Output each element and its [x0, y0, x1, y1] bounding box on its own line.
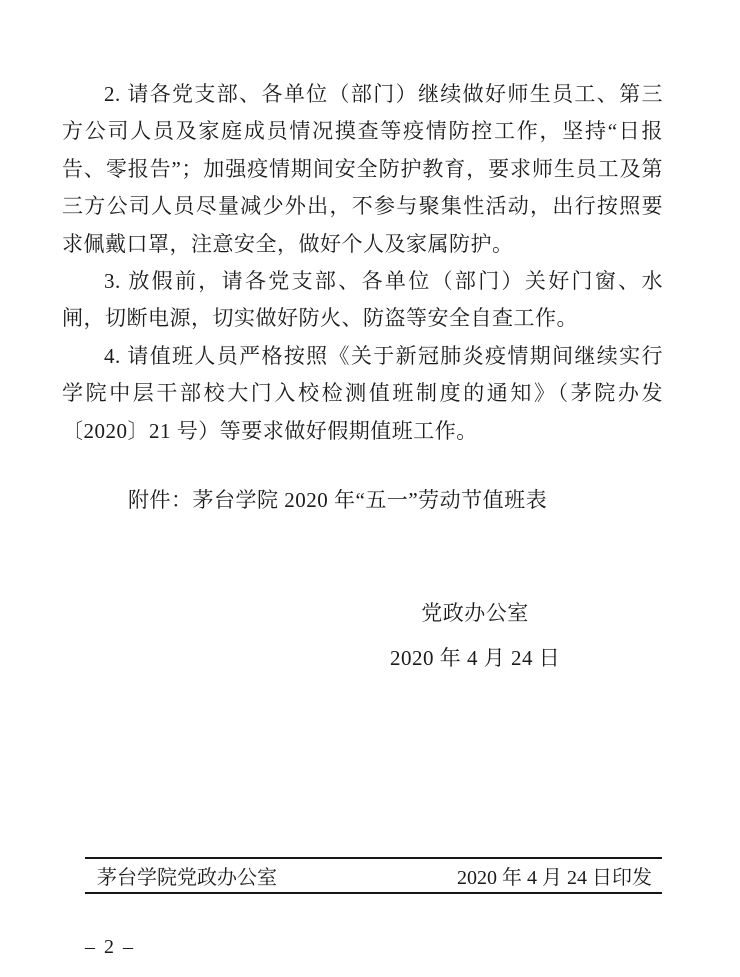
footer-print-date: 2020 年 4 月 24 日印发 — [457, 861, 652, 890]
footer-imprint-block: 茅台学院党政办公室 2020 年 4 月 24 日印发 — [85, 857, 662, 894]
signature-date: 2020 年 4 月 24 日 — [390, 636, 560, 681]
body-paragraph-3: 3. 放假前，请各党支部、各单位（部门）关好门窗、水闸，切断电源，切实做好防火、… — [62, 263, 663, 338]
page-number: – 2 – — [85, 936, 135, 959]
signature-office: 党政办公室 — [390, 591, 560, 636]
footer-issuing-office: 茅台学院党政办公室 — [97, 861, 277, 890]
body-paragraph-2: 2. 请各党支部、各单位（部门）继续做好师生员工、第三方公司人员及家庭成员情况摸… — [62, 76, 663, 263]
body-paragraph-4: 4. 请值班人员严格按照《关于新冠肺炎疫情期间继续实行学院中层干部校大门入校检测… — [62, 338, 663, 450]
document-page: 2. 请各党支部、各单位（部门）继续做好师生员工、第三方公司人员及家庭成员情况摸… — [0, 0, 740, 977]
signature-block: 党政办公室 2020 年 4 月 24 日 — [390, 591, 560, 681]
attachment-line: 附件：茅台学院 2020 年“五一”劳动节值班表 — [62, 482, 663, 519]
document-body: 2. 请各党支部、各单位（部门）继续做好师生员工、第三方公司人员及家庭成员情况摸… — [62, 76, 663, 681]
